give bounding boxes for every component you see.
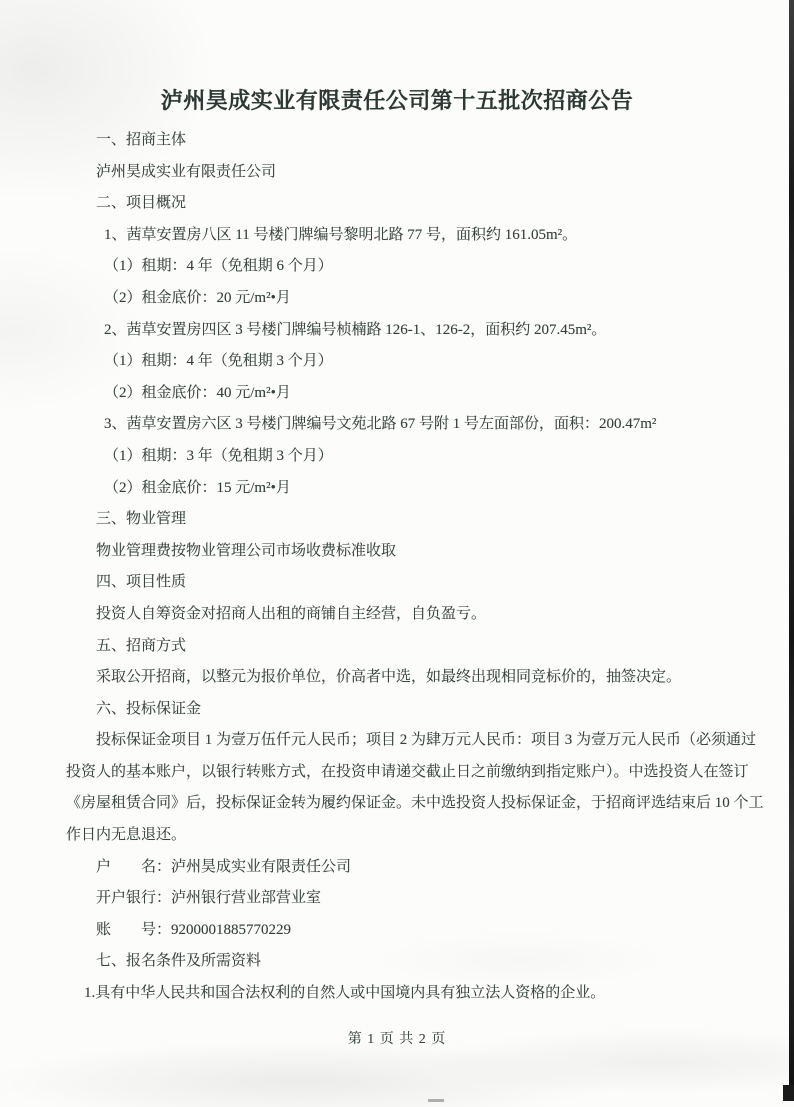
doc-line: 三、物业管理 [66, 504, 746, 536]
doc-line: （2）租金底价：20 元/m²•月 [66, 283, 746, 315]
doc-line: 3、茜草安置房六区 3 号楼门牌编号文苑北路 67 号附 1 号左面部份，面积：… [66, 409, 746, 441]
scan-edge-corner-artifact [783, 1085, 794, 1101]
doc-line: （2）租金底价：40 元/m²•月 [66, 378, 746, 410]
doc-line: 泸州昊成实业有限责任公司 [66, 157, 746, 189]
doc-line: 2、茜草安置房四区 3 号楼门牌编号桢楠路 126-1、126-2，面积约 20… [66, 315, 746, 347]
doc-line: 七、报名条件及所需资料 [66, 946, 746, 978]
doc-line: 一、招商主体 [66, 125, 746, 157]
doc-line: 1.具有中华人民共和国合法权利的自然人或中国境内具有独立法人资格的企业。 [66, 978, 746, 1010]
doc-line: 作日内无息退还。 [66, 820, 746, 852]
doc-line: 二、项目概况 [66, 188, 746, 220]
doc-line: （1）租期：4 年（免租期 6 个月） [66, 251, 746, 283]
doc-line: 四、项目性质 [66, 567, 746, 599]
doc-line: 物业管理费按物业管理公司市场收费标准收取 [66, 536, 746, 568]
scan-speck-artifact [428, 1099, 444, 1102]
doc-line: 投资人自筹资金对招商人出租的商铺自主经营，自负盈亏。 [66, 599, 746, 631]
doc-line: 账 号：9200001885770229 [66, 915, 746, 947]
doc-line: 户 名：泸州昊成实业有限责任公司 [66, 852, 746, 884]
scan-edge-shadow [789, 0, 794, 1097]
page-number-footer: 第 1 页 共 2 页 [0, 1028, 794, 1048]
doc-line: 采取公开招商，以整元为报价单位，价高者中选，如最终出现相同竞标价的，抽签决定。 [66, 662, 746, 694]
doc-line: 《房屋租赁合同》后，投标保证金转为履约保证金。未中选投资人投标保证金，于招商评选… [66, 788, 746, 820]
document-title: 泸州昊成实业有限责任公司第十五批次招商公告 [0, 84, 794, 115]
doc-line: 投资人的基本账户，以银行转账方式，在投资申请递交截止日之前缴纳到指定账户）。中选… [66, 757, 746, 789]
doc-line: 1、茜草安置房八区 11 号楼门牌编号黎明北路 77 号，面积约 161.05m… [66, 220, 746, 252]
document-body: 一、招商主体泸州昊成实业有限责任公司二、项目概况1、茜草安置房八区 11 号楼门… [66, 125, 746, 1010]
doc-line: 五、招商方式 [66, 631, 746, 663]
doc-line: （2）租金底价：15 元/m²•月 [66, 473, 746, 505]
doc-line: 开户银行：泸州银行营业部营业室 [66, 883, 746, 915]
doc-line: 投标保证金项目 1 为壹万伍仟元人民币；项目 2 为肆万元人民币：项目 3 为壹… [66, 725, 746, 757]
scanned-document-page: 泸州昊成实业有限责任公司第十五批次招商公告 一、招商主体泸州昊成实业有限责任公司… [0, 0, 794, 1107]
doc-line: （1）租期：3 年（免租期 3 个月） [66, 441, 746, 473]
doc-line: （1）租期：4 年（免租期 3 个月） [66, 346, 746, 378]
doc-line: 六、投标保证金 [66, 694, 746, 726]
